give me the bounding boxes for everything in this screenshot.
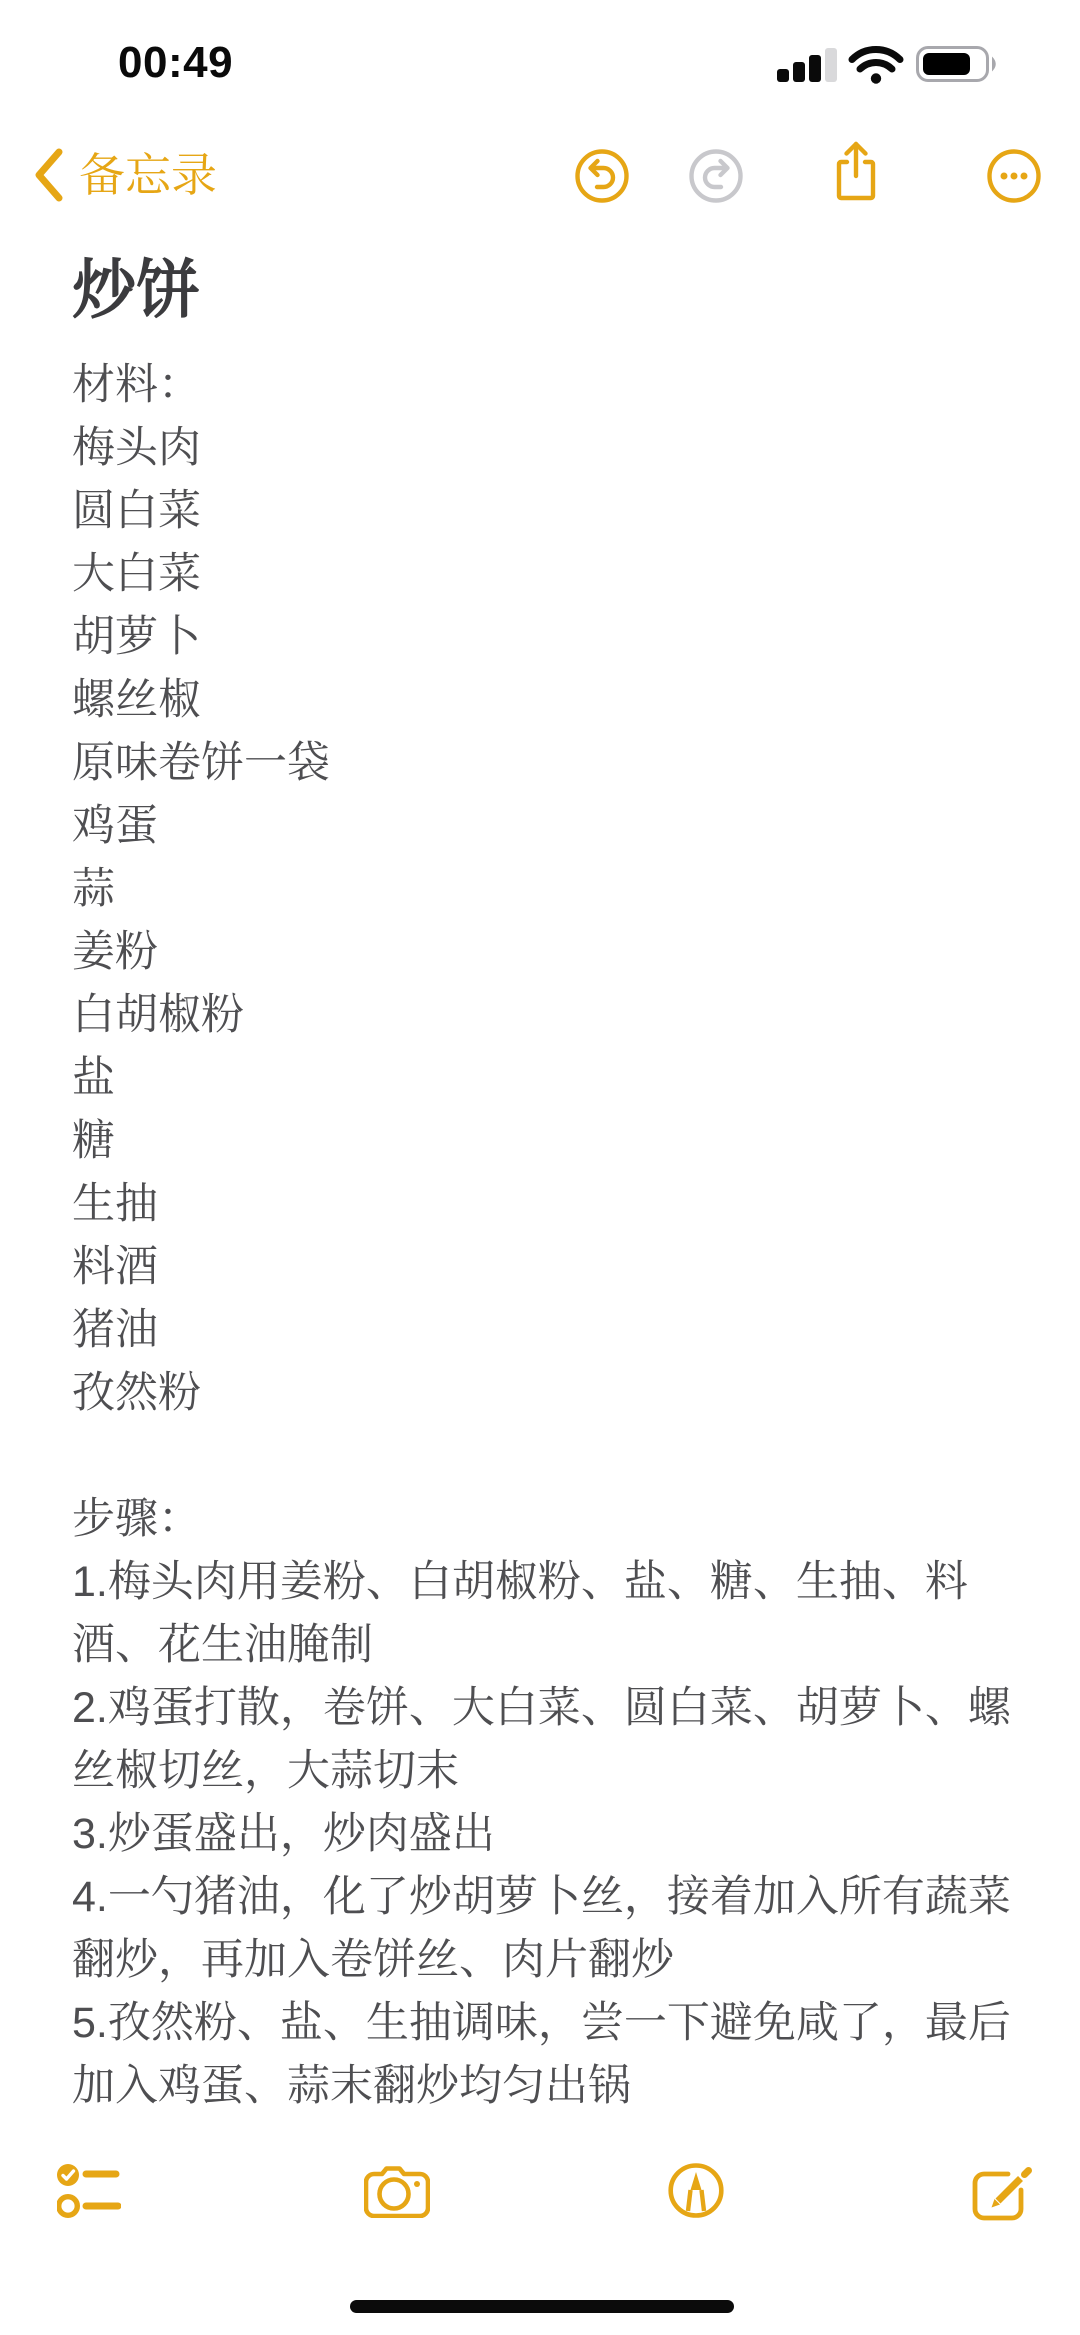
share-button[interactable] [827,140,885,198]
ingredient-line: 糖 [72,1110,1020,1173]
ingredients-list: 梅头肉圆白菜大白菜胡萝卜螺丝椒原味卷饼一袋鸡蛋蒜姜粉白胡椒粉盐糖生抽料酒猪油孜然… [72,417,1020,1425]
note-title: 炒饼 [72,252,1020,328]
ingredient-line: 生抽 [72,1173,1020,1236]
bottom-toolbar [0,2160,1080,2236]
more-button[interactable] [985,147,1043,205]
ingredient-line: 料酒 [72,1236,1020,1299]
markup-button[interactable] [668,2163,724,2218]
ingredient-line: 盐 [72,1047,1020,1110]
ingredient-line: 胡萝卜 [72,606,1020,669]
ingredient-line: 梅头肉 [72,417,1020,480]
markup-pen-icon [668,2163,724,2218]
ingredient-line: 鸡蛋 [72,795,1020,858]
ellipsis-circle-icon [985,147,1043,205]
ingredient-line: 螺丝椒 [72,669,1020,732]
ingredient-line: 孜然粉 [72,1362,1020,1425]
camera-icon [364,2166,430,2218]
nav-bar: 备忘录 [0,140,1080,220]
home-indicator[interactable] [350,2300,734,2313]
wifi-icon [848,46,904,84]
step-line: 2.鸡蛋打散，卷饼、大白菜、圆白菜、胡萝卜、螺丝椒切丝，大蒜切末 [72,1677,1020,1803]
ingredient-line: 猪油 [72,1299,1020,1362]
step-line: 4.一勺猪油，化了炒胡萝卜丝，接着加入所有蔬菜翻炒，再加入卷饼丝、肉片翻炒 [72,1866,1020,1992]
share-icon [827,140,885,204]
ingredient-line: 姜粉 [72,921,1020,984]
back-button-label: 备忘录 [79,146,217,204]
checklist-icon [57,2164,121,2218]
cellular-signal-icon [777,46,841,82]
undo-icon [573,147,631,205]
compose-button[interactable] [972,2160,1036,2224]
back-button[interactable]: 备忘录 [33,146,217,204]
redo-icon [687,147,745,205]
camera-button[interactable] [364,2166,430,2218]
steps-header: 步骤： [72,1488,1020,1551]
battery-icon [916,44,1000,84]
step-line: 5.孜然粉、盐、生抽调味，尝一下避免咸了，最后加入鸡蛋、蒜末翻炒均匀出锅 [72,1992,1020,2118]
status-time: 00:49 [118,38,258,88]
ingredient-line: 白胡椒粉 [72,984,1020,1047]
step-line: 3.炒蛋盛出，炒肉盛出 [72,1803,1020,1866]
redo-button[interactable] [687,147,745,205]
undo-button[interactable] [573,147,631,205]
steps-list: 1.梅头肉用姜粉、白胡椒粉、盐、糖、生抽、料酒、花生油腌制2.鸡蛋打散，卷饼、大… [72,1551,1020,2118]
compose-icon [972,2160,1036,2224]
ingredient-line: 蒜 [72,858,1020,921]
ingredient-line: 原味卷饼一袋 [72,732,1020,795]
checklist-button[interactable] [57,2164,121,2218]
blank-line [72,1425,1020,1488]
ingredients-header: 材料： [72,354,1020,417]
ingredient-line: 大白菜 [72,543,1020,606]
note-editor[interactable]: 炒饼 材料： 梅头肉圆白菜大白菜胡萝卜螺丝椒原味卷饼一袋鸡蛋蒜姜粉白胡椒粉盐糖生… [72,252,1020,2118]
chevron-left-icon [33,147,63,203]
step-line: 1.梅头肉用姜粉、白胡椒粉、盐、糖、生抽、料酒、花生油腌制 [72,1551,1020,1677]
ingredient-line: 圆白菜 [72,480,1020,543]
